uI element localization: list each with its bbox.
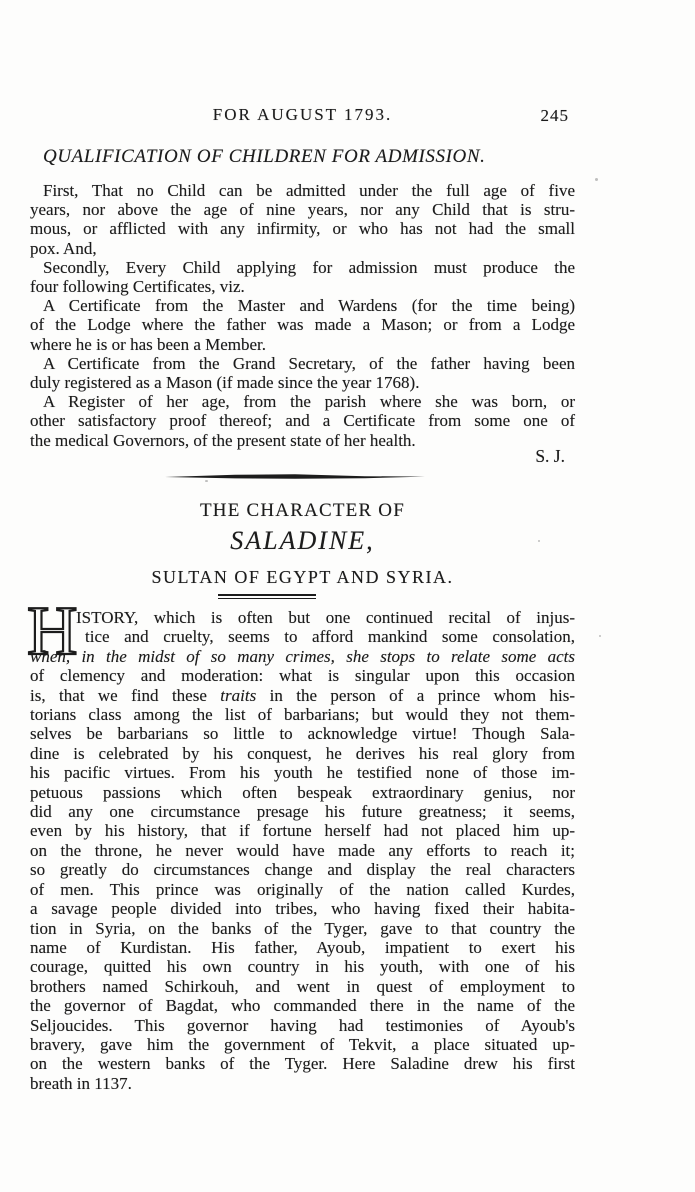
text-block: FOR AUGUST 1793. 245 QUALIFICATION OF CH…: [30, 0, 575, 1192]
text-line: of men. This prince was originally of th…: [30, 880, 575, 899]
article2-heading-line1: THE CHARACTER OF: [30, 500, 575, 522]
text-line: on the western banks of the Tyger. Here …: [30, 1054, 575, 1073]
text-line: bravery, gave him the government of Tekv…: [30, 1035, 575, 1054]
scan-speck: [595, 178, 598, 181]
article1-title: QUALIFICATION OF CHILDREN FOR ADMISSION.: [30, 146, 575, 168]
text-line: a savage people divided into tribes, who…: [30, 899, 575, 918]
text-line: ISTORY, which is often but one continued…: [30, 608, 575, 627]
scanned-page: FOR AUGUST 1793. 245 QUALIFICATION OF CH…: [0, 0, 695, 1192]
italic-text-segment: traits: [220, 686, 256, 705]
scan-speck: [538, 540, 540, 542]
text-line: Secondly, Every Child applying for admis…: [30, 258, 575, 277]
section-divider: [165, 468, 425, 476]
text-line: pox. And,: [30, 239, 575, 258]
article2-heading-line2: SALADINE,: [30, 526, 575, 556]
text-line: so greatly do circumstances change and d…: [30, 860, 575, 879]
subheading-divider: [218, 594, 316, 599]
text-line: tice and cruelty, seems to afford mankin…: [30, 627, 575, 646]
text-line: of the Lodge where the father was made a…: [30, 315, 575, 334]
text-line: name of Kurdistan. His father, Ayoub, im…: [30, 938, 575, 957]
text-line: Seljoucides. This governor having had te…: [30, 1016, 575, 1035]
page-number: 245: [541, 106, 570, 126]
text-line: his pacific virtues. From his youth he t…: [30, 763, 575, 782]
text-line: when, in the midst of so many crimes, sh…: [30, 647, 575, 666]
text-line: on the throne, he never would have made …: [30, 841, 575, 860]
text-line: First, That no Child can be admitted und…: [30, 181, 575, 200]
text-line: breath in 1137.: [30, 1074, 575, 1093]
text-line: years, nor above the age of nine years, …: [30, 200, 575, 219]
text-line: duly registered as a Mason (if made sinc…: [30, 373, 575, 392]
signature: S. J.: [30, 446, 575, 467]
scan-speck: [599, 635, 601, 637]
page-header: FOR AUGUST 1793. 245: [30, 105, 575, 125]
article2-body: ISTORY, which is often but one continued…: [30, 608, 575, 1093]
text-line: where he is or has been a Member.: [30, 335, 575, 354]
text-line: A Certificate from the Master and Warden…: [30, 296, 575, 315]
text-line: selves be barbarians so little to acknow…: [30, 724, 575, 743]
header-title: FOR AUGUST 1793.: [213, 105, 393, 124]
text-line: is, that we find these traits in the per…: [30, 686, 575, 705]
text-line: four following Certificates, viz.: [30, 277, 575, 296]
text-line: torians class among the list of barbaria…: [30, 705, 575, 724]
text-line: other satisfactory proof thereof; and a …: [30, 411, 575, 430]
text-line: mous, or afflicted with any infirmity, o…: [30, 219, 575, 238]
article2-heading-line3: SULTAN OF EGYPT AND SYRIA.: [30, 567, 575, 588]
scan-speck: [205, 480, 208, 482]
text-line: did any one circumstance presage his fut…: [30, 802, 575, 821]
text-line: brothers named Schirkouh, and went in qu…: [30, 977, 575, 996]
text-segment: is, that we find these: [30, 686, 220, 705]
text-line: A Certificate from the Grand Secretary, …: [30, 354, 575, 373]
text-line: the governor of Bagdat, who commanded th…: [30, 996, 575, 1015]
text-segment: in the person of a prince whom his-: [256, 686, 575, 705]
article1-body: First, That no Child can be admitted und…: [30, 181, 575, 450]
text-line: even by his history, that if fortune her…: [30, 821, 575, 840]
text-line: dine is celebrated by his conquest, he d…: [30, 744, 575, 763]
text-line: of clemency and moderation: what is sing…: [30, 666, 575, 685]
text-line: courage, quitted his own country in his …: [30, 957, 575, 976]
text-line: tion in Syria, on the banks of the Tyger…: [30, 919, 575, 938]
text-line: A Register of her age, from the parish w…: [30, 392, 575, 411]
text-line: petuous passions which often bespeak ext…: [30, 783, 575, 802]
